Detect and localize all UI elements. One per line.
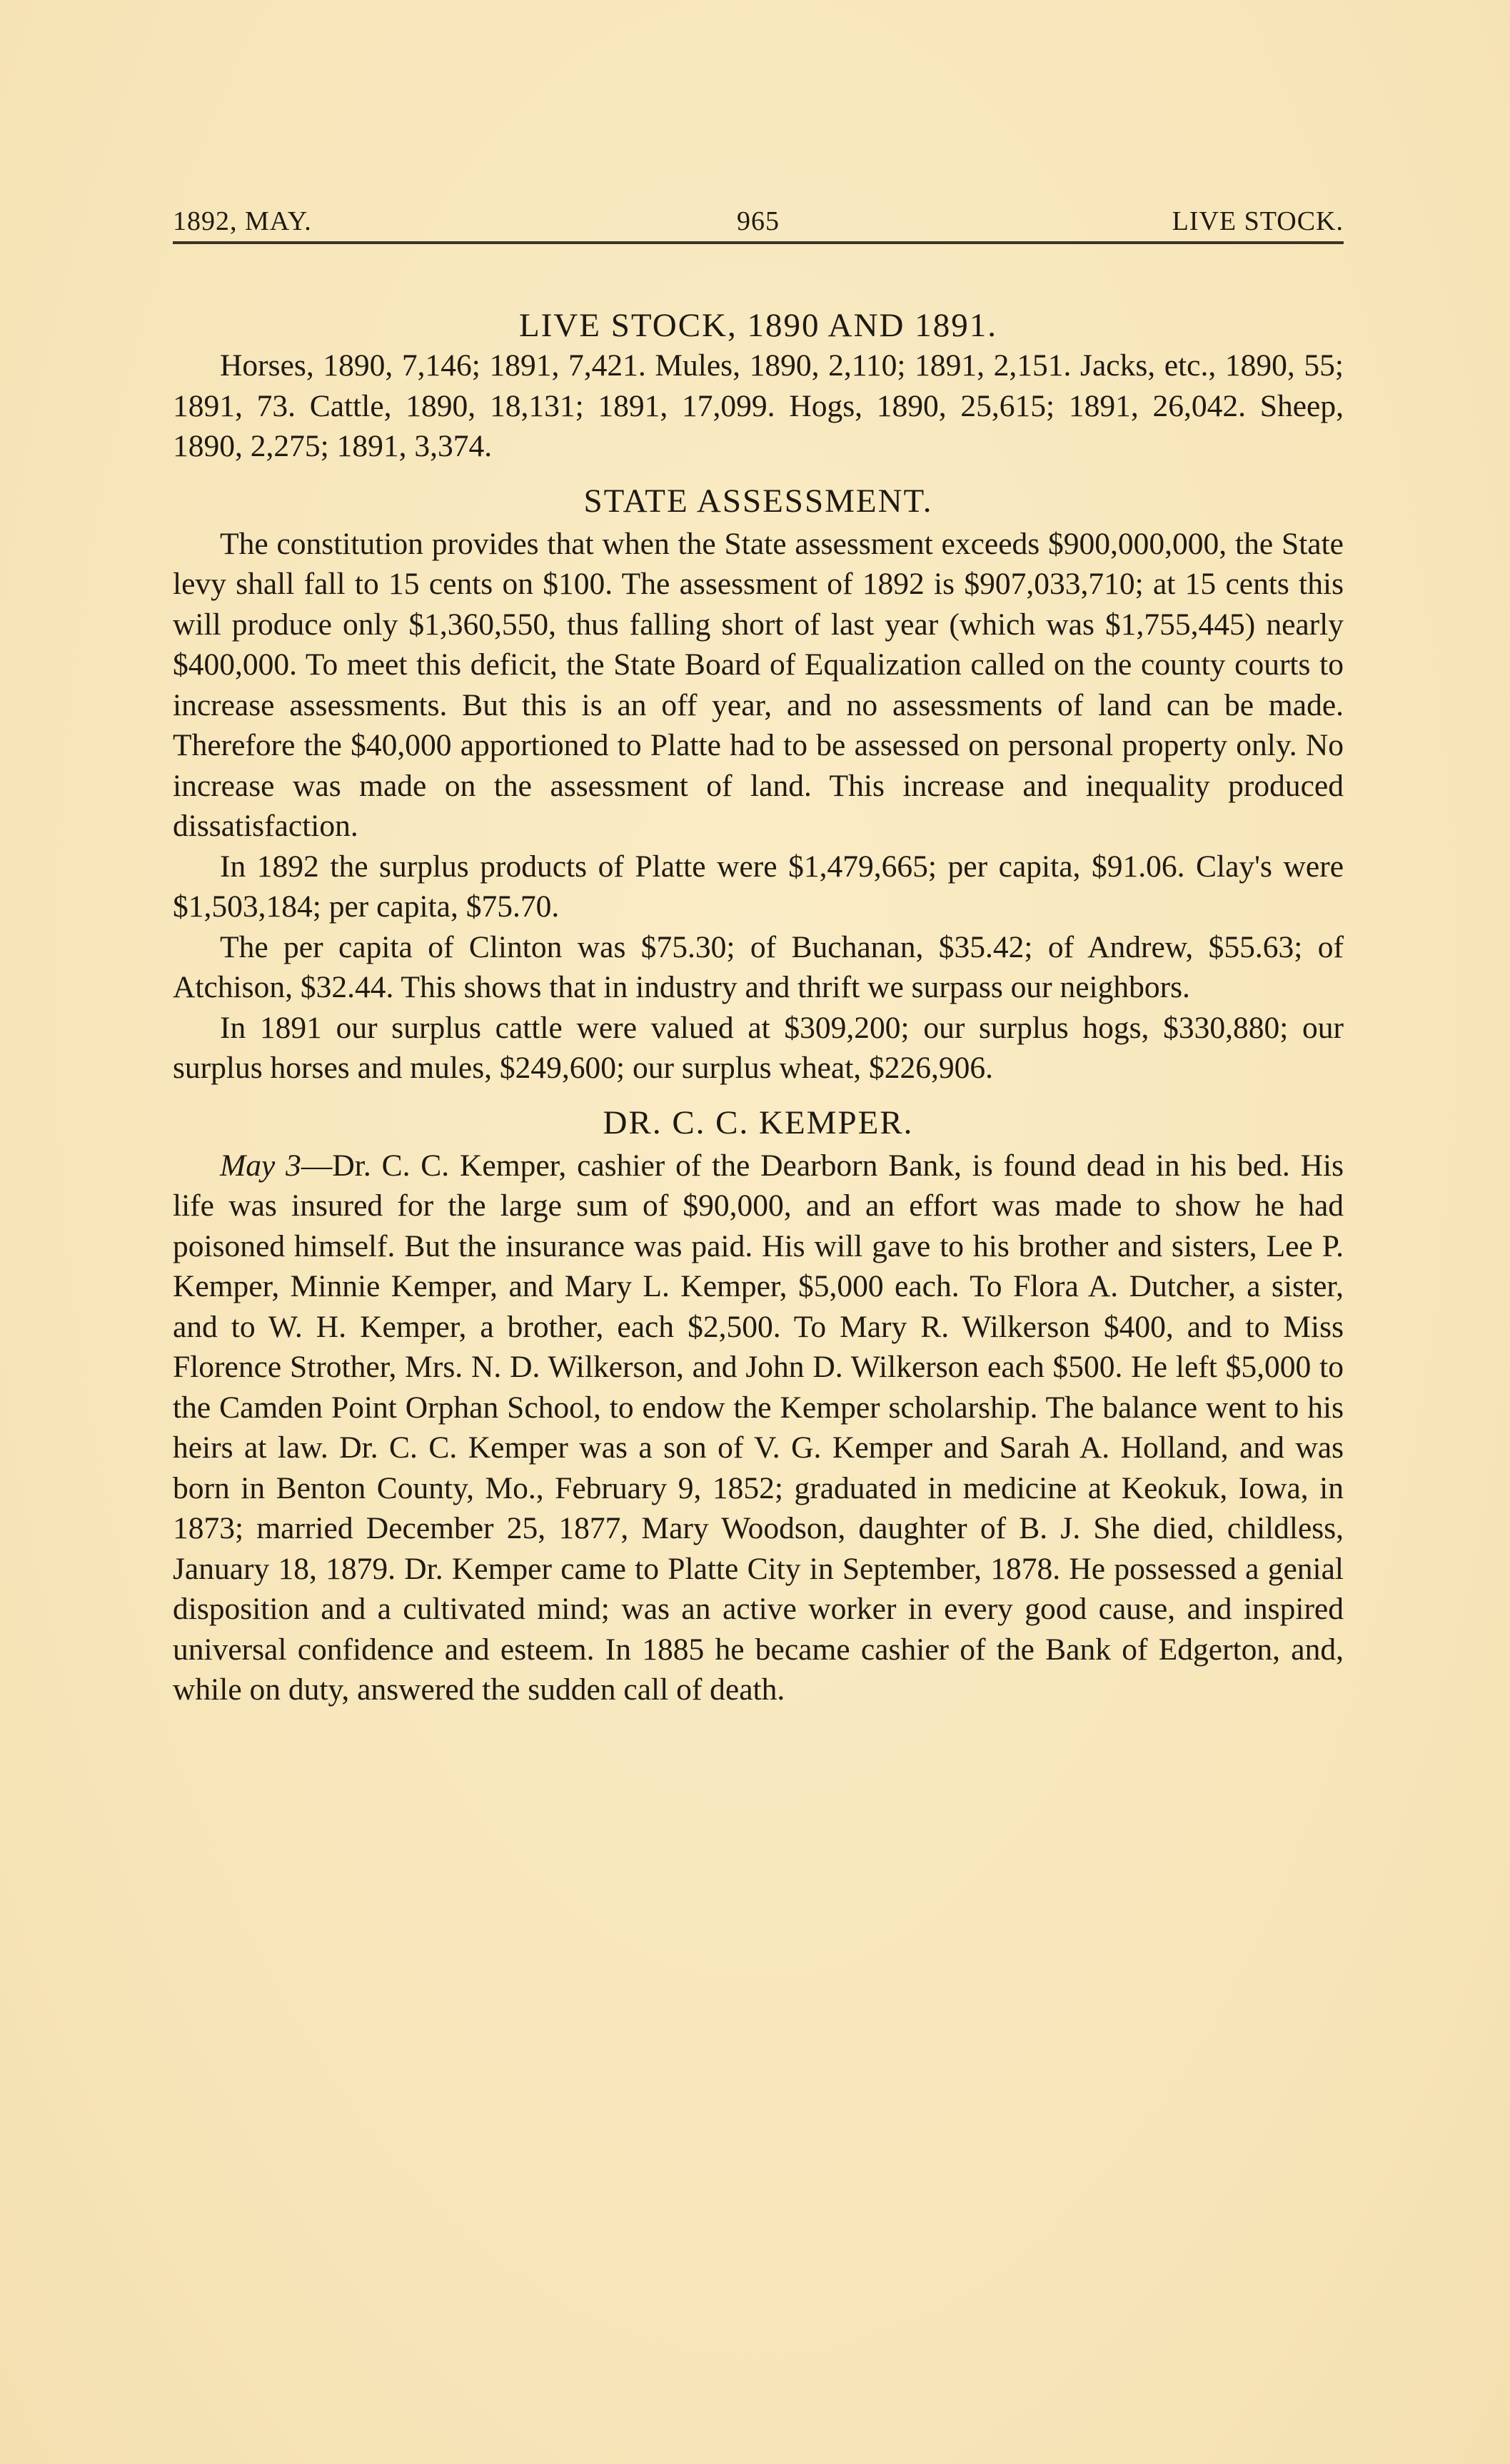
header-rule (173, 241, 1344, 244)
section-heading: STATE ASSESSMENT. (173, 481, 1344, 521)
section-heading: DR. C. C. KEMPER. (173, 1103, 1344, 1143)
section-heading: LIVE STOCK, 1890 AND 1891. (173, 306, 1344, 345)
paragraph: The constitution provides that when the … (173, 524, 1344, 847)
paragraph: In 1892 the surplus products of Platte w… (173, 847, 1344, 927)
paragraph: May 3—Dr. C. C. Kemper, cashier of the D… (173, 1146, 1344, 1710)
paragraph: In 1891 our surplus cattle were valued a… (173, 1008, 1344, 1089)
date-lead: May 3 (220, 1148, 301, 1183)
running-head-section: LIVE STOCK. (1172, 206, 1344, 237)
section-live-stock: LIVE STOCK, 1890 AND 1891. Horses, 1890,… (173, 306, 1344, 467)
book-page: 1892, MAY. 965 LIVE STOCK. LIVE STOCK, 1… (173, 206, 1344, 1710)
section-state-assessment: STATE ASSESSMENT. The constitution provi… (173, 481, 1344, 1089)
paragraph: The per capita of Clinton was $75.30; of… (173, 927, 1344, 1008)
running-head: 1892, MAY. 965 LIVE STOCK. (173, 206, 1344, 237)
running-head-date: 1892, MAY. (173, 206, 312, 237)
page-number: 965 (173, 206, 1344, 237)
paragraph: Horses, 1890, 7,146; 1891, 7,421. Mules,… (173, 345, 1344, 467)
paragraph-body: —Dr. C. C. Kemper, cashier of the Dearbo… (173, 1148, 1344, 1707)
section-dr-kemper: DR. C. C. KEMPER. May 3—Dr. C. C. Kemper… (173, 1103, 1344, 1710)
